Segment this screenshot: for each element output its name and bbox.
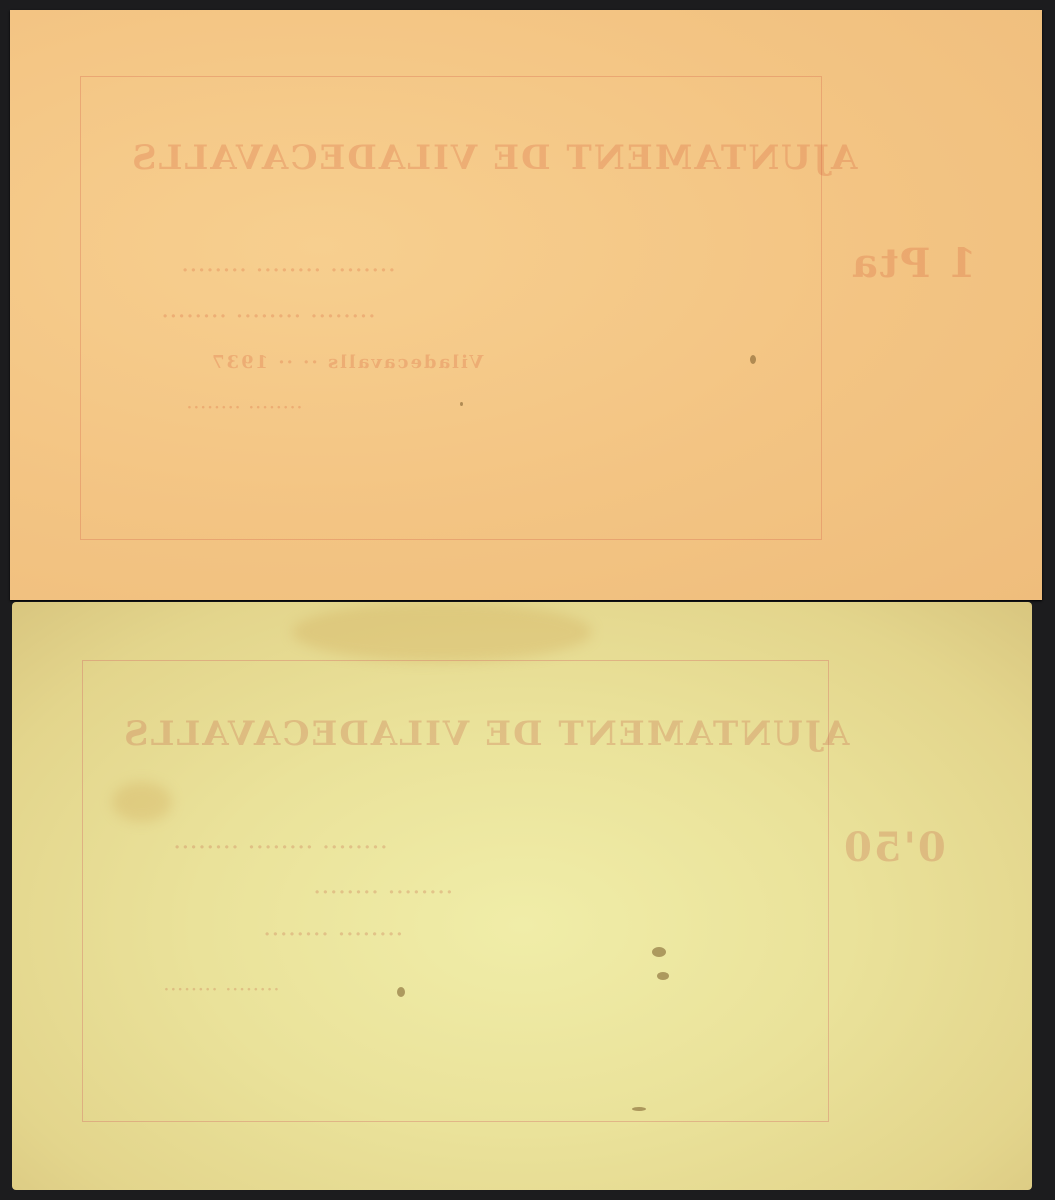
stain-spot xyxy=(652,947,666,957)
ghost-title: AJUNTAMENT DE VILADECAVALLS xyxy=(130,138,857,178)
ghost-line: ········ ········ xyxy=(162,982,279,998)
ghost-line: ········ ········ xyxy=(262,924,403,945)
stain-spot xyxy=(632,1107,646,1111)
stain-spot xyxy=(397,987,405,997)
ghost-value: 1 Pta xyxy=(850,240,976,287)
stain-spot xyxy=(750,355,756,364)
ghost-line: ········ ········ ········ xyxy=(160,306,375,327)
ghost-title: AJUNTAMENT DE VILADECAVALLS xyxy=(122,714,849,754)
age-stain xyxy=(292,602,592,662)
ghost-value: 0'50 xyxy=(842,824,946,871)
ghost-line: ········ ········ ········ xyxy=(180,260,395,281)
banknote-bottom: AJUNTAMENT DE VILADECAVALLS ········ ···… xyxy=(12,602,1032,1190)
banknote-top: AJUNTAMENT DE VILADECAVALLS ········ ···… xyxy=(10,10,1042,600)
ghost-line: ········ ········ xyxy=(185,400,302,416)
stain-spot xyxy=(657,972,669,980)
ghost-line: ········ ········ ········ xyxy=(172,837,387,858)
stain-spot xyxy=(460,402,463,406)
ghost-line: Viladecavalls ·· ·· 1937 xyxy=(210,352,484,373)
ghost-line: ········ ········ xyxy=(312,882,453,903)
